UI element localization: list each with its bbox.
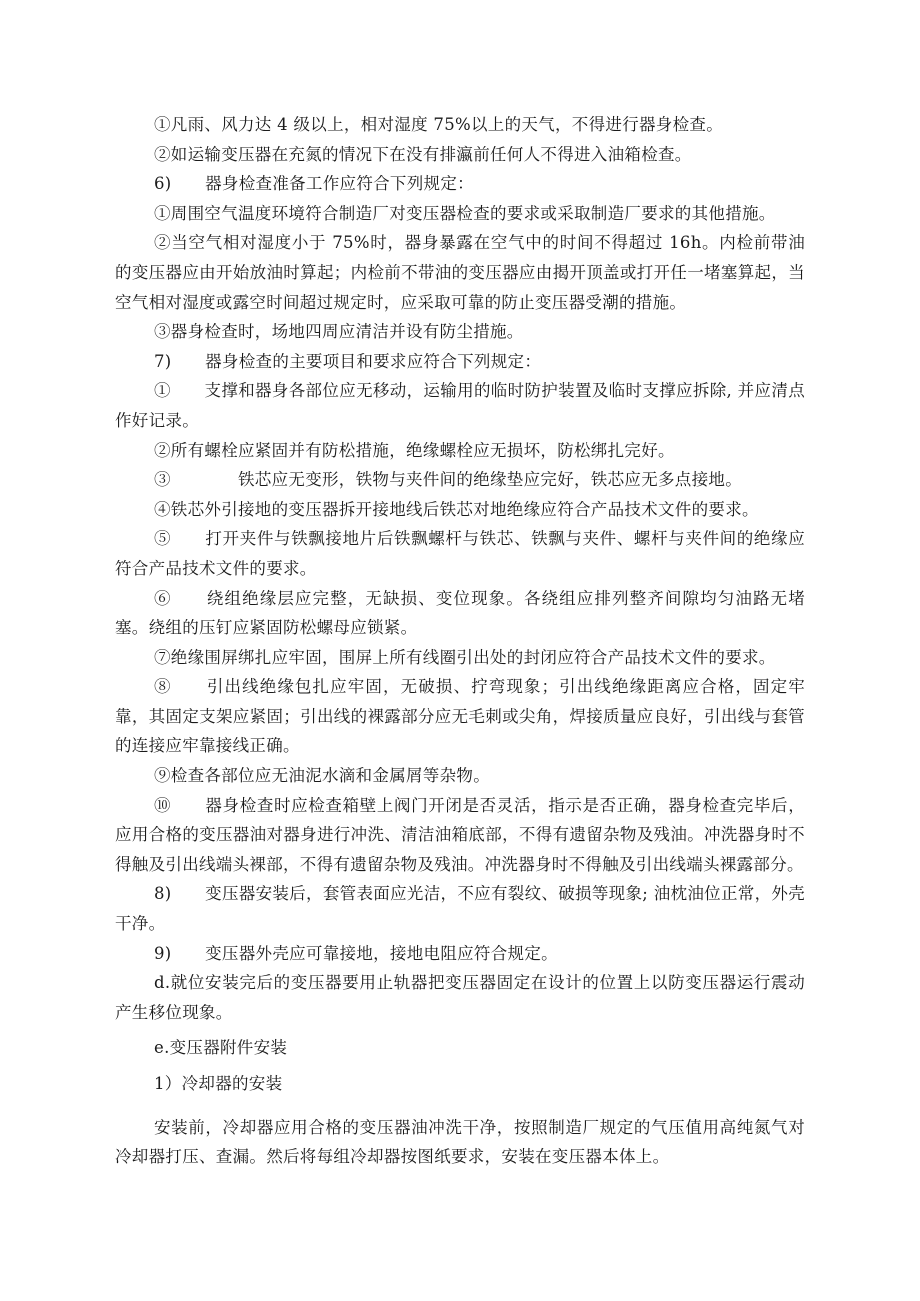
paragraph-winding-insulation: ⑥ 绕组绝缘层应完整，无缺损、变位现象。各绕组应排列整齐间隙均匀油路无堵塞。绕组… [115,584,805,643]
paragraph-section-7-heading: 7) 器身检查的主要项目和要求应符合下列规定： [115,347,805,377]
paragraph-weather-condition: ①凡雨、风力达 4 级以上，相对湿度 75%以上的天气，不得进行器身检查。 [115,110,805,140]
document-page: ①凡雨、风力达 4 级以上，相对湿度 75%以上的天气，不得进行器身检查。 ②如… [115,110,805,1172]
paragraph-dust-prevention: ③器身检查时，场地四周应清洁并设有防尘措施。 [115,317,805,347]
paragraph-section-6-heading: 6) 器身检查准备工作应符合下列规定： [115,169,805,199]
paragraph-humidity-exposure: ②当空气相对湿度小于 75%时，器身暴露在空气中的时间不得超过 16h。内检前带… [115,228,805,317]
paragraph-core-grounding: ④铁芯外引接地的变压器拆开接地线后铁芯对地绝缘应符合产品技术文件的要求。 [115,495,805,525]
paragraph-cooler-procedure: 安装前，冷却器应用合格的变压器油冲洗干净，按照制造厂规定的气压值用高纯氮气对冷却… [115,1113,805,1172]
paragraph-iron-core: ③ 铁芯应无变形，铁物与夹件间的绝缘垫应完好，铁芯应无多点接地。 [115,465,805,495]
paragraph-nitrogen-warning: ②如运输变压器在充氮的情况下在没有排瀛前任何人不得进入油箱检查。 [115,140,805,170]
paragraph-clamp-insulation: ⑤ 打开夹件与铁飘接地片后铁飘螺杆与铁芯、铁飘与夹件、螺杆与夹件间的绝缘应符合产… [115,524,805,583]
heading-e-accessories: e.变压器附件安装 [115,1033,805,1063]
paragraph-d-positioning: d.就位安装完后的变压器要用止轨器把变压器固定在设计的位置上以防变压器运行震动产… [115,968,805,1027]
paragraph-temperature-requirement: ①周围空气温度环境符合制造厂对变压器检查的要求或采取制造厂要求的其他措施。 [115,199,805,229]
paragraph-section-8-bushing: 8) 变压器安装后，套管表面应光洁，不应有裂纹、破损等现象; 油枕油位正常，外壳… [115,879,805,938]
paragraph-lead-insulation: ⑧ 引出线绝缘包扎应牢固，无破损、拧弯现象；引出线绝缘距离应合格，固定牢靠，其固… [115,672,805,761]
paragraph-section-9-grounding: 9) 变压器外壳应可靠接地，接地电阻应符合规定。 [115,939,805,969]
paragraph-bolts: ②所有螺栓应紧固并有防松措施，绝缘螺栓应无损坏，防松绑扎完好。 [115,436,805,466]
paragraph-barrier-binding: ⑦绝缘围屏绑扎应牢固，围屏上所有线圈引出处的封闭应符合产品技术文件的要求。 [115,643,805,673]
paragraph-debris-check: ⑨检查各部位应无油泥水滴和金属屑等杂物。 [115,761,805,791]
heading-1-cooler-install: 1）冷却器的安装 [115,1069,805,1099]
paragraph-support-removal: ① 支撑和器身各部位应无移动，运输用的临时防护装置及临时支撑应拆除, 并应清点作… [115,376,805,435]
paragraph-valve-check-flush: ⑩ 器身检查时应检查箱壁上阀门开闭是否灵活，指示是否正确，器身检查完毕后，应用合… [115,791,805,880]
